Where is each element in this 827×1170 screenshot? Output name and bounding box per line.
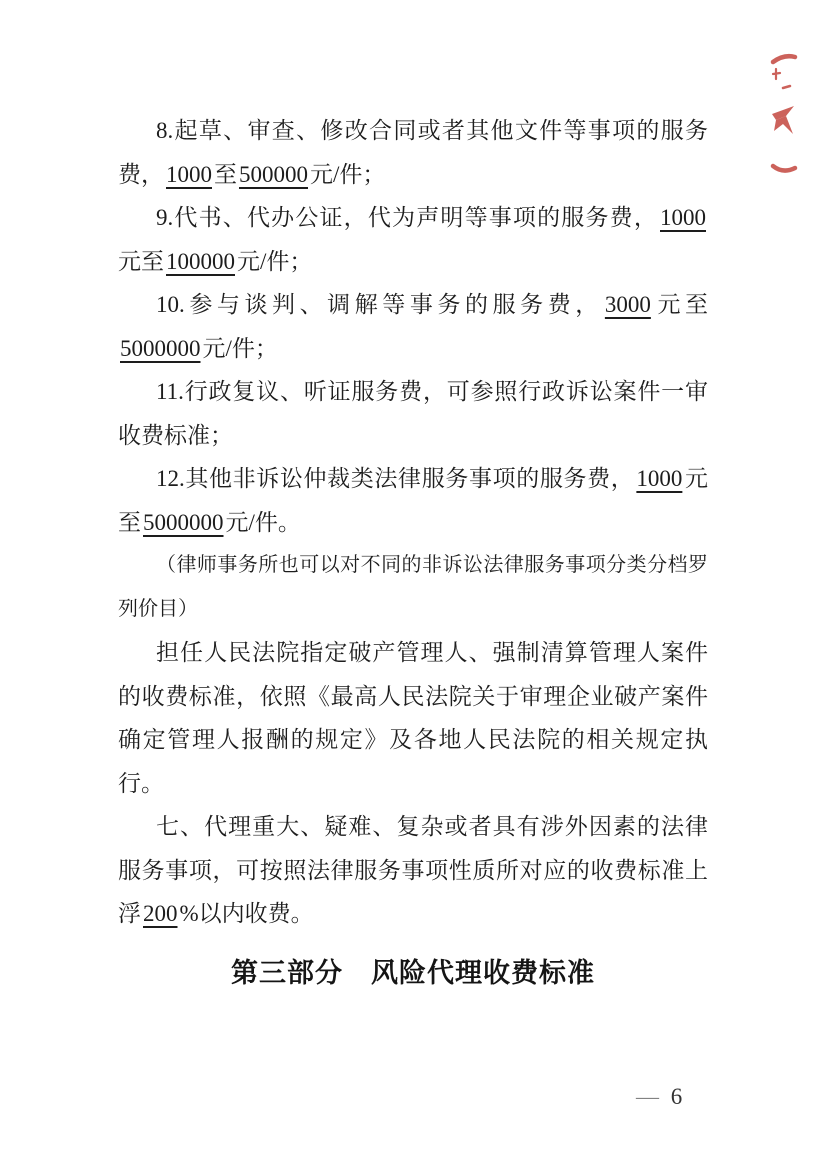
text-line: 浮200%以内收费。 bbox=[118, 892, 708, 936]
text-run: 行。 bbox=[118, 771, 164, 796]
text-run: 元 bbox=[684, 466, 708, 491]
text-run: 确定管理人报酬的规定》及各地人民法院的相关规定执 bbox=[118, 727, 708, 752]
text-line: 11.行政复议、听证服务费，可参照行政诉讼案件一审 bbox=[118, 370, 708, 414]
document-page: 8.起草、审查、修改合同或者其他文件等事项的服务费，1000至500000元/件… bbox=[0, 0, 827, 1170]
text-line: 列价目） bbox=[118, 588, 708, 632]
text-line: 至5000000元/件。 bbox=[118, 501, 708, 545]
section-heading: 第三部分 风险代理收费标准 bbox=[118, 951, 708, 995]
text-line: 9.代书、代办公证，代为声明等事项的服务费，1000 bbox=[118, 196, 708, 240]
text-run: 的收费标准，依照《最高人民法院关于审理企业破产案件 bbox=[118, 684, 708, 709]
text-run: 列价目） bbox=[118, 598, 198, 620]
underlined-value: 5000000 bbox=[120, 336, 201, 361]
text-run: 元至 bbox=[653, 292, 708, 317]
text-line: 行。 bbox=[118, 762, 708, 806]
text-line: 担任人民法院指定破产管理人、强制清算管理人案件 bbox=[118, 631, 708, 675]
text-run: 10.参与谈判、调解等事务的服务费， bbox=[156, 292, 603, 317]
underlined-value: 5000000 bbox=[143, 510, 224, 535]
page-number-value: 6 bbox=[671, 1084, 683, 1109]
text-line: 确定管理人报酬的规定》及各地人民法院的相关规定执 bbox=[118, 718, 708, 762]
text-line: 8.起草、审查、修改合同或者其他文件等事项的服务 bbox=[118, 109, 708, 153]
text-run: 元/件。 bbox=[226, 510, 301, 535]
text-line: 12.其他非诉讼仲裁类法律服务事项的服务费，1000元 bbox=[118, 457, 708, 501]
page-number-dash: — bbox=[636, 1084, 665, 1109]
text-line: 元至100000元/件； bbox=[118, 240, 708, 284]
text-line: （律师事务所也可以对不同的非诉讼法律服务事项分类分档罗 bbox=[118, 544, 708, 588]
underlined-value: 1000 bbox=[166, 162, 212, 187]
text-line: 收费标准； bbox=[118, 414, 708, 458]
text-run: 9.代书、代办公证，代为声明等事项的服务费， bbox=[156, 205, 658, 230]
text-line: 费，1000至500000元/件； bbox=[118, 153, 708, 197]
text-run: 担任人民法院指定破产管理人、强制清算管理人案件 bbox=[156, 640, 708, 665]
text-line: 七、代理重大、疑难、复杂或者具有涉外因素的法律 bbox=[118, 805, 708, 849]
text-run: 收费标准； bbox=[118, 423, 233, 448]
text-run: 至 bbox=[214, 162, 237, 187]
text-run: 元/件； bbox=[237, 249, 312, 274]
text-run: 8.起草、审查、修改合同或者其他文件等事项的服务 bbox=[156, 118, 708, 143]
text-run: 元/件； bbox=[203, 336, 278, 361]
underlined-value: 3000 bbox=[605, 292, 651, 317]
text-run: 元至 bbox=[118, 249, 164, 274]
text-line: 5000000元/件； bbox=[118, 327, 708, 371]
text-line: 10.参与谈判、调解等事务的服务费，3000元至 bbox=[118, 283, 708, 327]
text-run: 11.行政复议、听证服务费，可参照行政诉讼案件一审 bbox=[156, 379, 708, 404]
text-run: 浮 bbox=[118, 901, 141, 926]
underlined-value: 200 bbox=[143, 901, 178, 926]
text-run: 服务事项，可按照法律服务事项性质所对应的收费标准上 bbox=[118, 858, 708, 883]
text-run: 费， bbox=[118, 162, 164, 187]
underlined-value: 1000 bbox=[636, 466, 682, 491]
official-seal-fragment-icon bbox=[763, 42, 827, 182]
text-line: 服务事项，可按照法律服务事项性质所对应的收费标准上 bbox=[118, 849, 708, 893]
page-number: — 6 bbox=[636, 1082, 682, 1112]
text-run: 12.其他非诉讼仲裁类法律服务事项的服务费， bbox=[156, 466, 634, 491]
text-run: 七、代理重大、疑难、复杂或者具有涉外因素的法律 bbox=[156, 814, 708, 839]
text-run: （律师事务所也可以对不同的非诉讼法律服务事项分类分档罗 bbox=[156, 554, 708, 576]
text-run: %以内收费。 bbox=[180, 901, 314, 926]
text-run: 至 bbox=[118, 510, 141, 535]
underlined-value: 100000 bbox=[166, 249, 235, 274]
text-line: 的收费标准，依照《最高人民法院关于审理企业破产案件 bbox=[118, 675, 708, 719]
underlined-value: 500000 bbox=[239, 162, 308, 187]
text-run: 元/件； bbox=[310, 162, 385, 187]
document-body: 8.起草、审查、修改合同或者其他文件等事项的服务费，1000至500000元/件… bbox=[118, 109, 708, 995]
underlined-value: 1000 bbox=[660, 205, 706, 230]
